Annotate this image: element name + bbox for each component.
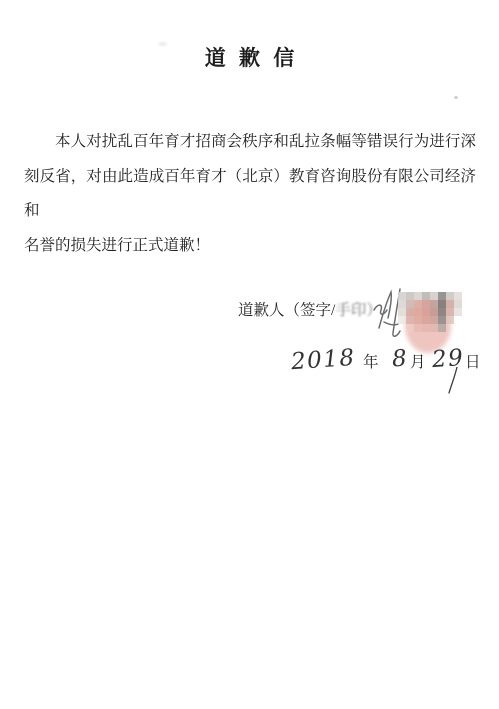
- mosaic-blocks: [398, 292, 462, 332]
- body-line-3: 名誉的损失进行正式道歉！: [24, 229, 476, 264]
- date-month-unit: 月: [410, 353, 426, 372]
- apology-letter-page: 道 歉 信 本人对扰乱百年育才招商会秩序和乱拉条幅等错误行为进行深 刻反省，对由…: [0, 0, 499, 709]
- signature-line: 道歉人（签字/手印）: [238, 299, 382, 323]
- digit-9-tail-stroke: [448, 367, 460, 395]
- body-line-1: 本人对扰乱百年育才招商会秩序和乱拉条幅等错误行为进行深: [24, 125, 476, 160]
- body-line-2: 刻反省，对由此造成百年育才（北京）教育咨询股份有限公司经济和: [24, 160, 476, 229]
- date-year-handwritten: 2018: [290, 346, 356, 374]
- body-paragraph: 本人对扰乱百年育才招商会秩序和乱拉条幅等错误行为进行深 刻反省，对由此造成百年育…: [24, 125, 476, 263]
- signature-label: 道歉人（签字/: [238, 302, 335, 319]
- document-title: 道 歉 信: [0, 42, 499, 72]
- date-year-unit: 年: [363, 353, 379, 372]
- date-month-handwritten: 8: [391, 346, 409, 371]
- scan-artifact-dot: [454, 96, 458, 99]
- mosaic-redaction-overlay: [398, 292, 462, 332]
- date-day-unit: 日: [465, 353, 481, 372]
